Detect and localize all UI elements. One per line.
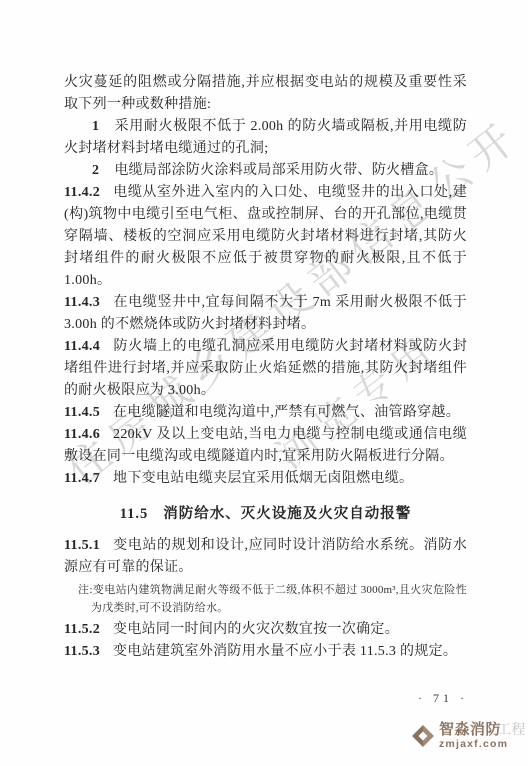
body-paragraph: 11.5.3变电站建筑室外消防用水量不应小于表 11.5.3 的规定。 — [64, 641, 467, 663]
clause-number: 11.4.7 — [64, 471, 113, 486]
paragraph-text: 变电站同一时间内的火灾次数宜按一次确定。 — [113, 622, 399, 637]
logo-ghost-text: 工程 — [497, 722, 526, 736]
clause-number: 11.5.3 — [64, 644, 113, 659]
paragraph-text: 220kV 及以上变电站,当电力电缆与控制电缆或通信电缆敷设在同一电缆沟或电缆隧… — [64, 427, 467, 464]
body-paragraph: 火灾蔓延的阻燃或分隔措施,并应根据变电站的规模及重要性采取下列一种或数种措施: — [64, 72, 467, 116]
document-body: 火灾蔓延的阻燃或分隔措施,并应根据变电站的规模及重要性采取下列一种或数种措施:1… — [64, 72, 467, 663]
clause-number: 11.4.5 — [64, 405, 113, 420]
paragraph-text: 电缆从室外进入室内的入口处、电缆竖井的出入口处,建(构)筑物中电缆引至电气柜、盘… — [64, 185, 467, 288]
body-paragraph: 11.4.2电缆从室外进入室内的入口处、电缆竖井的出入口处,建(构)筑物中电缆引… — [64, 182, 467, 292]
body-paragraph: 11.4.7地下变电站电缆夹层宜采用低烟无卤阻燃电缆。 — [64, 468, 467, 490]
logo-website-url: zmjaxf.com — [439, 739, 526, 750]
paragraph-text: 在电缆竖井中,宜每间隔不大于 7m 采用耐火极限不低于 3.00h 的不燃烧体或… — [64, 295, 467, 332]
body-paragraph: 11.5.1变电站的规划和设计,应同时设计消防给水系统。消防水源应有可靠的保证。 — [64, 535, 467, 579]
paragraph-text: 变电站的规划和设计,应同时设计消防给水系统。消防水源应有可靠的保证。 — [64, 538, 467, 575]
document-page: 住房城乡建设部信息公开 浏览专用 火灾蔓延的阻燃或分隔措施,并应根据变电站的规模… — [0, 0, 528, 766]
body-paragraph: 11.4.4防火墙上的电缆孔洞应采用电缆防火封堵材料或防火封堵组件进行封堵,并应… — [64, 336, 467, 402]
paragraph-text: 地下变电站电缆夹层宜采用低烟无卤阻燃电缆。 — [113, 471, 413, 486]
clause-number: 11.4.4 — [64, 339, 113, 354]
clause-number: 11.4.3 — [64, 295, 113, 310]
paragraph-text: 电缆局部涂防火涂料或局部采用防火带、防火槽盒。 — [114, 163, 443, 178]
page-number: · 71 · — [418, 691, 478, 706]
body-paragraph: 11.4.3在电缆竖井中,宜每间隔不大于 7m 采用耐火极限不低于 3.00h … — [64, 292, 467, 336]
paragraph-text: 变电站内建筑物满足耐火等级不低于二级,体积不超过 3000m³,且火灾危险性为戊… — [91, 584, 467, 614]
zhimiao-logo-icon — [410, 723, 436, 749]
list-item-paragraph: 2电缆局部涂防火涂料或局部采用防火带、防火槽盒。 — [64, 160, 467, 182]
paragraph-text: 变电站建筑室外消防用水量不应小于表 11.5.3 的规定。 — [113, 644, 457, 659]
section-number: 11.5 — [120, 506, 164, 522]
clause-number: 11.4.2 — [64, 185, 113, 200]
paragraph-text: 火灾蔓延的阻燃或分隔措施,并应根据变电站的规模及重要性采取下列一种或数种措施: — [64, 75, 467, 112]
clause-number: 11.5.1 — [64, 538, 113, 553]
section-heading: 11.5消防给水、灭火设施及火灾自动报警 — [64, 503, 467, 525]
clause-number: 11.5.2 — [64, 622, 113, 637]
body-paragraph: 11.5.2变电站同一时间内的火灾次数宜按一次确定。 — [64, 619, 467, 641]
logo-brand-name: 智淼消防 — [439, 722, 501, 737]
paragraph-text: 采用耐火极限不低于 2.00h 的防火墙或隔板,并用电缆防火封堵材料封堵电缆通过… — [64, 119, 467, 156]
body-paragraph: 11.4.6220kV 及以上变电站,当电力电缆与控制电缆或通信电缆敷设在同一电… — [64, 424, 467, 468]
section-title: 消防给水、灭火设施及火灾自动报警 — [163, 506, 411, 522]
note-paragraph: 注:变电站内建筑物满足耐火等级不低于二级,体积不超过 3000m³,且火灾危险性… — [78, 581, 467, 617]
list-item-paragraph: 1采用耐火极限不低于 2.00h 的防火墙或隔板,并用电缆防火封堵材料封堵电缆通… — [64, 116, 467, 160]
clause-number: 2 — [92, 163, 114, 178]
clause-number: 1 — [92, 119, 114, 134]
paragraph-text: 防火墙上的电缆孔洞应采用电缆防火封堵材料或防火封堵组件进行封堵,并应采取防止火焰… — [64, 339, 467, 398]
site-logo: 智淼消防 工程 zmjaxf.com — [410, 722, 526, 750]
note-label: 注: — [78, 584, 93, 596]
body-paragraph: 11.4.5在电缆隧道和电缆沟道中,严禁有可燃气、油管路穿越。 — [64, 402, 467, 424]
paragraph-text: 在电缆隧道和电缆沟道中,严禁有可燃气、油管路穿越。 — [113, 405, 460, 420]
clause-number: 11.4.6 — [64, 427, 113, 442]
